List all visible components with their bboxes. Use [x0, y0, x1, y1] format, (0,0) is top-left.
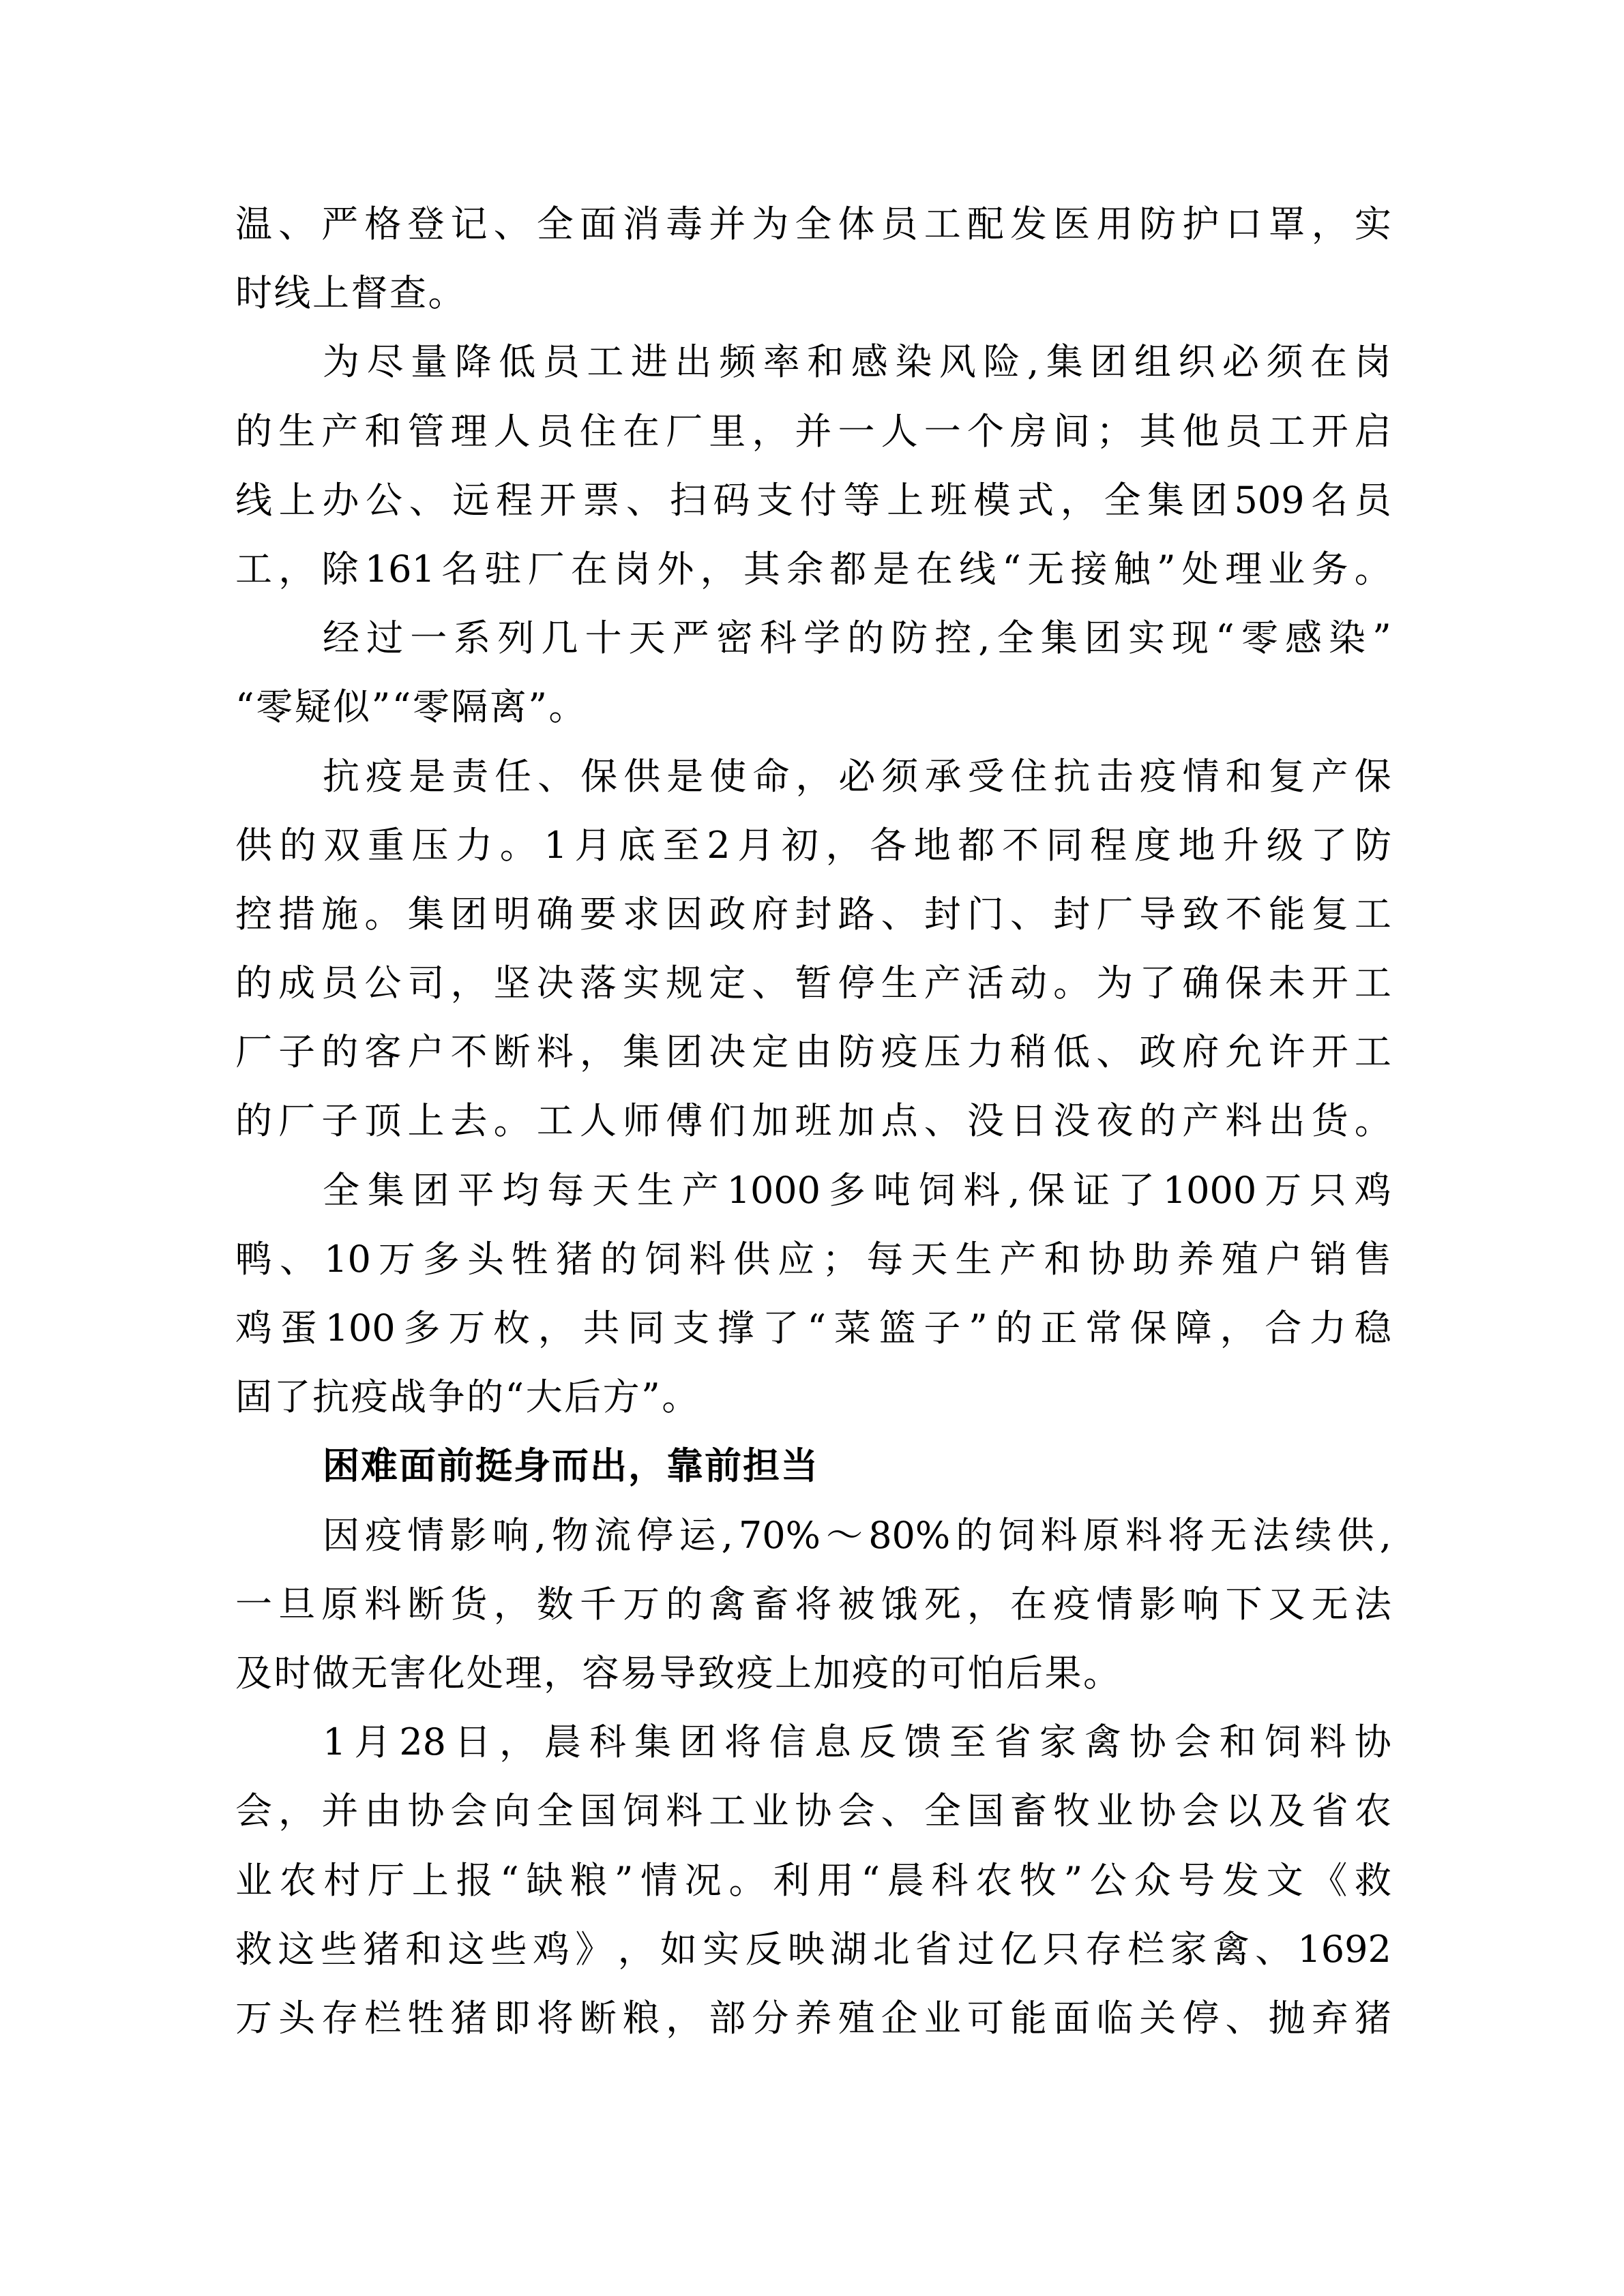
text-line: 及时做无害化处理，容易导致疫上加疫的可怕后果。 [235, 1639, 1391, 1708]
paragraph-start-line: 为尽量降低员工进出频率和感染风险,集团组织必须在岗 [235, 327, 1391, 396]
paragraph-start-line: 经过一系列几十天严密科学的防控,全集团实现“零感染” [235, 603, 1391, 672]
text-line: 温、严格登记、全面消毒并为全体员工配发医用防护口罩，实 [235, 190, 1391, 258]
text-line: 的成员公司，坚决落实规定、暂停生产活动。为了确保未开工 [235, 949, 1391, 1017]
text-line: 的生产和管理人员住在厂里，并一人一个房间；其他员工开启 [235, 397, 1391, 466]
paragraph-start-line: 全集团平均每天生产1000多吨饲料,保证了1000万只鸡 [235, 1156, 1391, 1225]
paragraph-start-line: 1月28日，晨科集团将信息反馈至省家禽协会和饲料协 [235, 1708, 1391, 1776]
text-line: 厂子的客户不断料，集团决定由防疫压力稍低、政府允许开工 [235, 1017, 1391, 1086]
text-line: 时线上督查。 [235, 258, 1391, 327]
text-line: 业农村厅上报“缺粮”情况。利用“晨科农牧”公众号发文《救 [235, 1846, 1391, 1915]
text-line: 一旦原料断货，数千万的禽畜将被饿死，在疫情影响下又无法 [235, 1570, 1391, 1639]
text-line: 鸭、10万多头牲猪的饲料供应；每天生产和协助养殖户销售 [235, 1225, 1391, 1294]
text-line: “零疑似”“零隔离”。 [235, 672, 1391, 741]
document-page: 温、严格登记、全面消毒并为全体员工配发医用防护口罩，实 时线上督查。 为尽量降低… [0, 0, 1624, 2296]
text-line: 供的双重压力。1月底至2月初，各地都不同程度地升级了防 [235, 811, 1391, 880]
text-line: 固了抗疫战争的“大后方”。 [235, 1362, 1391, 1431]
text-line: 救这些猪和这些鸡》，如实反映湖北省过亿只存栏家禽、1692 [235, 1915, 1391, 1984]
section-heading: 困难面前挺身而出，靠前担当 [235, 1431, 1391, 1500]
text-line: 会，并由协会向全国饲料工业协会、全国畜牧业协会以及省农 [235, 1776, 1391, 1845]
text-line: 鸡蛋100多万枚，共同支撑了“菜篮子”的正常保障，合力稳 [235, 1294, 1391, 1362]
paragraph-start-line: 因疫情影响,物流停运,70%～80%的饲料原料将无法续供, [235, 1501, 1391, 1570]
text-line: 万头存栏牲猪即将断粮，部分养殖企业可能面临关停、抛弃猪 [235, 1984, 1391, 2053]
paragraph-start-line: 抗疫是责任、保供是使命，必须承受住抗击疫情和复产保 [235, 742, 1391, 811]
text-line: 线上办公、远程开票、扫码支付等上班模式，全集团509名员 [235, 466, 1391, 535]
text-line: 工，除161名驻厂在岗外，其余都是在线“无接触”处理业务。 [235, 535, 1391, 603]
document-body: 温、严格登记、全面消毒并为全体员工配发医用防护口罩，实 时线上督查。 为尽量降低… [235, 190, 1391, 2053]
text-line: 控措施。集团明确要求因政府封路、封门、封厂导致不能复工 [235, 880, 1391, 949]
text-line: 的厂子顶上去。工人师傅们加班加点、没日没夜的产料出货。 [235, 1086, 1391, 1155]
